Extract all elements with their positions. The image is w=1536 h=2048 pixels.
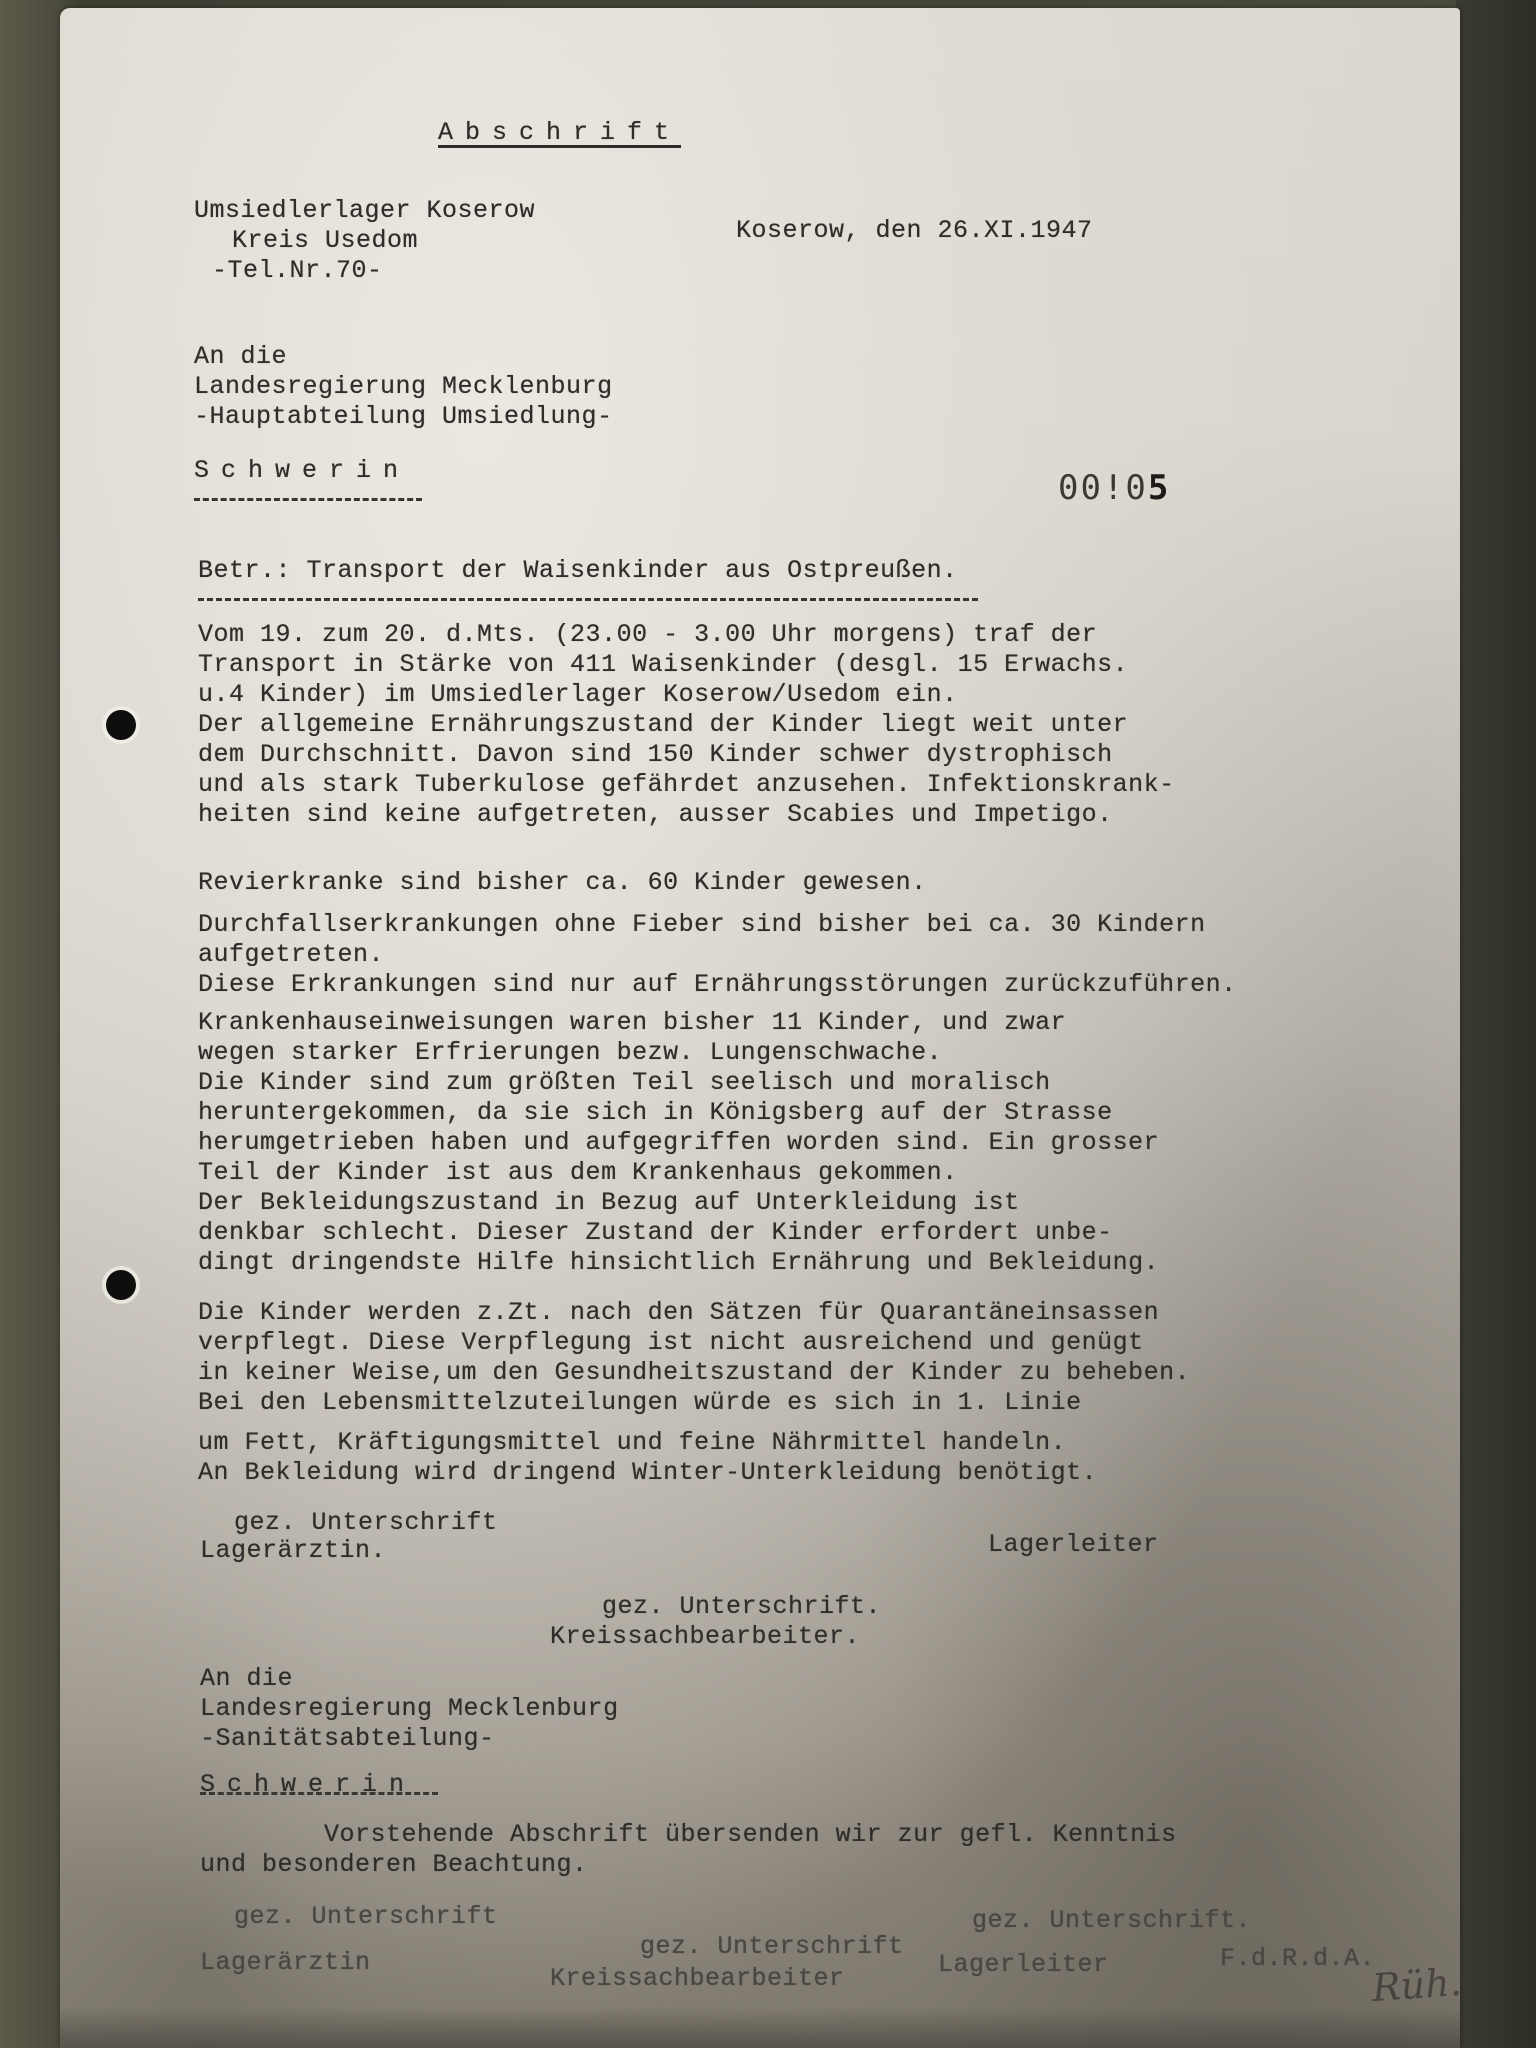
body-line: Die Kinder werden z.Zt. nach den Sätzen … xyxy=(198,1298,1190,1328)
forward-city-underline xyxy=(200,1792,438,1795)
signature-left-title: Lagerärztin. xyxy=(200,1536,386,1566)
body-line: Der allgemeine Ernährungszustand der Kin… xyxy=(198,710,1175,740)
recipient-line-1: An die xyxy=(194,342,287,372)
body-line: dingt dringendste Hilfe hinsichtlich Ern… xyxy=(198,1248,1159,1278)
city-underline xyxy=(194,498,422,501)
body-line: dem Durchschnitt. Davon sind 150 Kinder … xyxy=(198,740,1175,770)
signature-right-title: Lagerleiter xyxy=(988,1530,1159,1560)
signature2-center-title: Kreissachbearbeiter xyxy=(550,1964,845,1994)
body-line: heruntergekommen, da sie sich in Königsb… xyxy=(198,1098,1159,1128)
document-number: 00!05 xyxy=(1058,468,1170,508)
forward-text-line-2: und besonderen Beachtung. xyxy=(200,1850,588,1880)
body-line: Krankenhauseinweisungen waren bisher 11 … xyxy=(198,1008,1159,1038)
body-line: Vom 19. zum 20. d.Mts. (23.00 - 3.00 Uhr… xyxy=(198,620,1175,650)
signature-left-signed: gez. Unterschrift xyxy=(234,1508,498,1538)
body-line: heiten sind keine aufgetreten, ausser Sc… xyxy=(198,800,1175,830)
punch-hole xyxy=(106,710,136,740)
forward-text-line-1: Vorstehende Abschrift übersenden wir zur… xyxy=(324,1820,1177,1850)
handwritten-initials: Rüh. xyxy=(1371,1960,1463,2010)
signature2-right-title: Lagerleiter xyxy=(938,1950,1109,1980)
document-heading: Abschrift xyxy=(438,118,681,148)
document-number-prefix: 00!0 xyxy=(1058,468,1148,508)
forward-city: Schwerin xyxy=(200,1770,416,1800)
body-line: verpflegt. Diese Verpflegung ist nicht a… xyxy=(198,1328,1190,1358)
sender-line-2: Kreis Usedom xyxy=(232,226,418,256)
background-surface xyxy=(1456,0,1536,2048)
place-date: Koserow, den 26.XI.1947 xyxy=(736,216,1093,246)
body-line: herumgetrieben haben und aufgegriffen wo… xyxy=(198,1128,1159,1158)
body-line: Teil der Kinder ist aus dem Krankenhaus … xyxy=(198,1158,1159,1188)
recipient-city: Schwerin xyxy=(194,456,410,486)
body-line: Die Kinder sind zum größten Teil seelisc… xyxy=(198,1068,1159,1098)
recipient-line-2: Landesregierung Mecklenburg xyxy=(194,372,613,402)
body-paragraph: um Fett, Kräftigungsmittel und feine Näh… xyxy=(198,1428,1097,1488)
body-line: aufgetreten. xyxy=(198,940,1237,970)
body-line: wegen starker Erfrierungen bezw. Lungens… xyxy=(198,1038,1159,1068)
sender-line-3: -Tel.Nr.70- xyxy=(212,256,383,286)
subject-underline xyxy=(198,598,978,601)
body-line: denkbar schlecht. Dieser Zustand der Kin… xyxy=(198,1218,1159,1248)
typewritten-document-page: Abschrift Umsiedlerlager Koserow Kreis U… xyxy=(60,8,1460,2048)
forward-recipient-line-3: -Sanitätsabteilung- xyxy=(200,1724,495,1754)
body-paragraph: Vom 19. zum 20. d.Mts. (23.00 - 3.00 Uhr… xyxy=(198,620,1175,830)
subject-line: Betr.: Transport der Waisenkinder aus Os… xyxy=(198,556,958,586)
signature-center-signed: gez. Unterschrift. xyxy=(602,1592,881,1622)
body-paragraph: Krankenhauseinweisungen waren bisher 11 … xyxy=(198,1008,1159,1278)
body-paragraph: Die Kinder werden z.Zt. nach den Sätzen … xyxy=(198,1298,1190,1418)
signature2-right-signed: gez. Unterschrift. xyxy=(972,1906,1251,1936)
signature-center-title: Kreissachbearbeiter. xyxy=(550,1622,860,1652)
recipient-line-3: -Hauptabteilung Umsiedlung- xyxy=(194,402,613,432)
certification-mark: F.d.R.d.A. xyxy=(1220,1944,1375,1974)
signature2-left-title: Lagerärztin xyxy=(200,1948,371,1978)
body-paragraph: Revierkranke sind bisher ca. 60 Kinder g… xyxy=(198,868,927,898)
forward-recipient-line-1: An die xyxy=(200,1664,293,1694)
forward-recipient-line-2: Landesregierung Mecklenburg xyxy=(200,1694,619,1724)
body-line: Transport in Stärke von 411 Waisenkinder… xyxy=(198,650,1175,680)
punch-hole xyxy=(106,1270,136,1300)
body-paragraph: Durchfallserkrankungen ohne Fieber sind … xyxy=(198,910,1237,1000)
body-line: und als stark Tuberkulose gefährdet anzu… xyxy=(198,770,1175,800)
paper-shadow xyxy=(60,2008,1460,2048)
document-number-suffix: 5 xyxy=(1148,468,1170,508)
body-line: Revierkranke sind bisher ca. 60 Kinder g… xyxy=(198,868,927,898)
body-line: in keiner Weise,um den Gesundheitszustan… xyxy=(198,1358,1190,1388)
body-line: Bei den Lebensmittelzuteilungen würde es… xyxy=(198,1388,1190,1418)
signature2-left-signed: gez. Unterschrift xyxy=(234,1902,498,1932)
body-line: um Fett, Kräftigungsmittel und feine Näh… xyxy=(198,1428,1097,1458)
body-line: An Bekleidung wird dringend Winter-Unter… xyxy=(198,1458,1097,1488)
body-line: Durchfallserkrankungen ohne Fieber sind … xyxy=(198,910,1237,940)
body-line: Der Bekleidungszustand in Bezug auf Unte… xyxy=(198,1188,1159,1218)
sender-line-1: Umsiedlerlager Koserow xyxy=(194,196,535,226)
signature2-center-signed: gez. Unterschrift xyxy=(640,1932,904,1962)
body-line: Diese Erkrankungen sind nur auf Ernährun… xyxy=(198,970,1237,1000)
body-line: u.4 Kinder) im Umsiedlerlager Koserow/Us… xyxy=(198,680,1175,710)
